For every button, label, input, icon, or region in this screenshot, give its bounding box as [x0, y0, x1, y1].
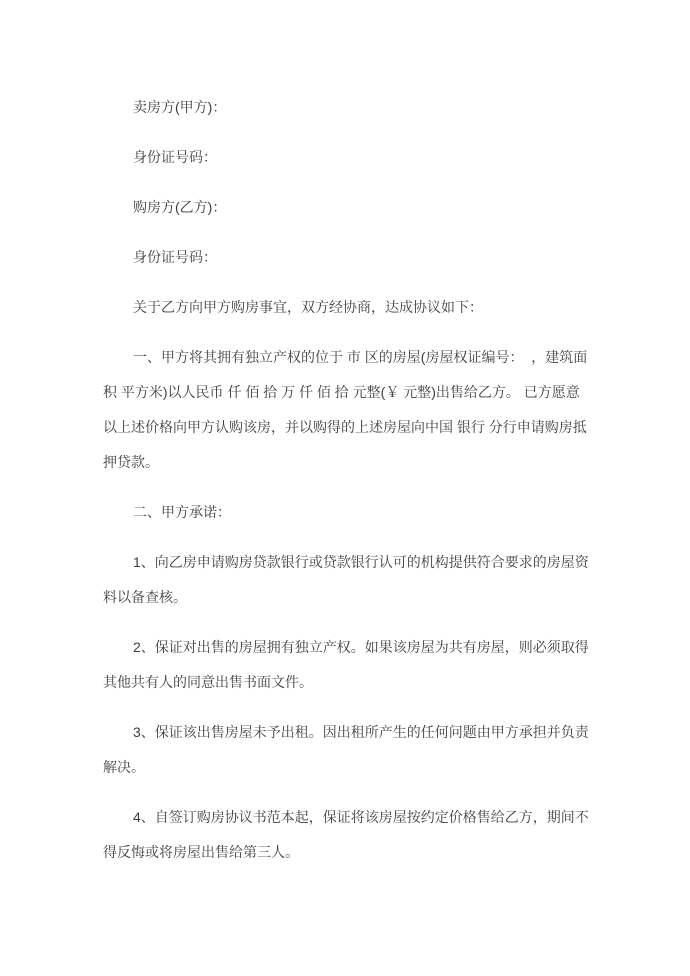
paragraph-buyer: 购房方(乙方)：: [103, 190, 592, 225]
paragraph-line: 身份证号码：: [103, 140, 592, 175]
paragraph-seller-id: 身份证号码：: [103, 140, 592, 175]
paragraph-line: 得反悔或将房屋出售给第三人。: [103, 835, 592, 870]
paragraph-line: 2、保证对出售的房屋拥有独立产权。如果该房屋为共有房屋，则必须取得: [103, 630, 592, 665]
paragraph-line: 购房方(乙方)：: [103, 190, 592, 225]
paragraph-line: 卖房方(甲方)：: [103, 90, 592, 125]
document-page: 卖房方(甲方)： 身份证号码： 购房方(乙方)： 身份证号码： 关于乙方向甲方购…: [0, 0, 690, 976]
document-content: 卖房方(甲方)： 身份证号码： 购房方(乙方)： 身份证号码： 关于乙方向甲方购…: [0, 0, 690, 870]
paragraph-line: 积 平方米)以人民币 仟 佰 拾 万 仟 佰 拾 元整(￥ 元整)出售给乙方。 …: [103, 375, 592, 410]
paragraph-line: 料以备查核。: [103, 580, 592, 615]
paragraph-clause-2-item-3: 3、保证该出售房屋未予出租。因出租所产生的任何问题由甲方承担并负责 解决。: [103, 715, 592, 785]
paragraph-line: 其他共有人的同意出售书面文件。: [103, 665, 592, 700]
paragraph-buyer-id: 身份证号码：: [103, 240, 592, 275]
paragraph-line: 押贷款。: [103, 445, 592, 480]
paragraph-clause-2-item-2: 2、保证对出售的房屋拥有独立产权。如果该房屋为共有房屋，则必须取得 其他共有人的…: [103, 630, 592, 700]
paragraph-clause-2-item-1: 1、向乙房申请购房贷款银行或贷款银行认可的机构提供符合要求的房屋资 料以备查核。: [103, 545, 592, 615]
paragraph-line: 二、甲方承诺：: [103, 495, 592, 530]
paragraph-clause-1: 一、甲方将其拥有独立产权的位于 市 区的房屋(房屋权证编号： ，建筑面 积 平方…: [103, 340, 592, 480]
paragraph-line: 关于乙方向甲方购房事宜，双方经协商，达成协议如下：: [103, 290, 592, 325]
paragraph-line: 4、自签订购房协议书范本起，保证将该房屋按约定价格售给乙方，期间不: [103, 800, 592, 835]
paragraph-line: 身份证号码：: [103, 240, 592, 275]
paragraph-clause-2-item-4: 4、自签订购房协议书范本起，保证将该房屋按约定价格售给乙方，期间不 得反悔或将房…: [103, 800, 592, 870]
paragraph-line: 3、保证该出售房屋未予出租。因出租所产生的任何问题由甲方承担并负责: [103, 715, 592, 750]
paragraph-line: 以上述价格向甲方认购该房，并以购得的上述房屋向中国 银行 分行申请购房抵: [103, 410, 592, 445]
paragraph-line: 解决。: [103, 750, 592, 785]
paragraph-line: 一、甲方将其拥有独立产权的位于 市 区的房屋(房屋权证编号： ，建筑面: [103, 340, 592, 375]
paragraph-seller: 卖房方(甲方)：: [103, 90, 592, 125]
paragraph-line: 1、向乙房申请购房贷款银行或贷款银行认可的机构提供符合要求的房屋资: [103, 545, 592, 580]
paragraph-clause-2-heading: 二、甲方承诺：: [103, 495, 592, 530]
paragraph-preamble: 关于乙方向甲方购房事宜，双方经协商，达成协议如下：: [103, 290, 592, 325]
